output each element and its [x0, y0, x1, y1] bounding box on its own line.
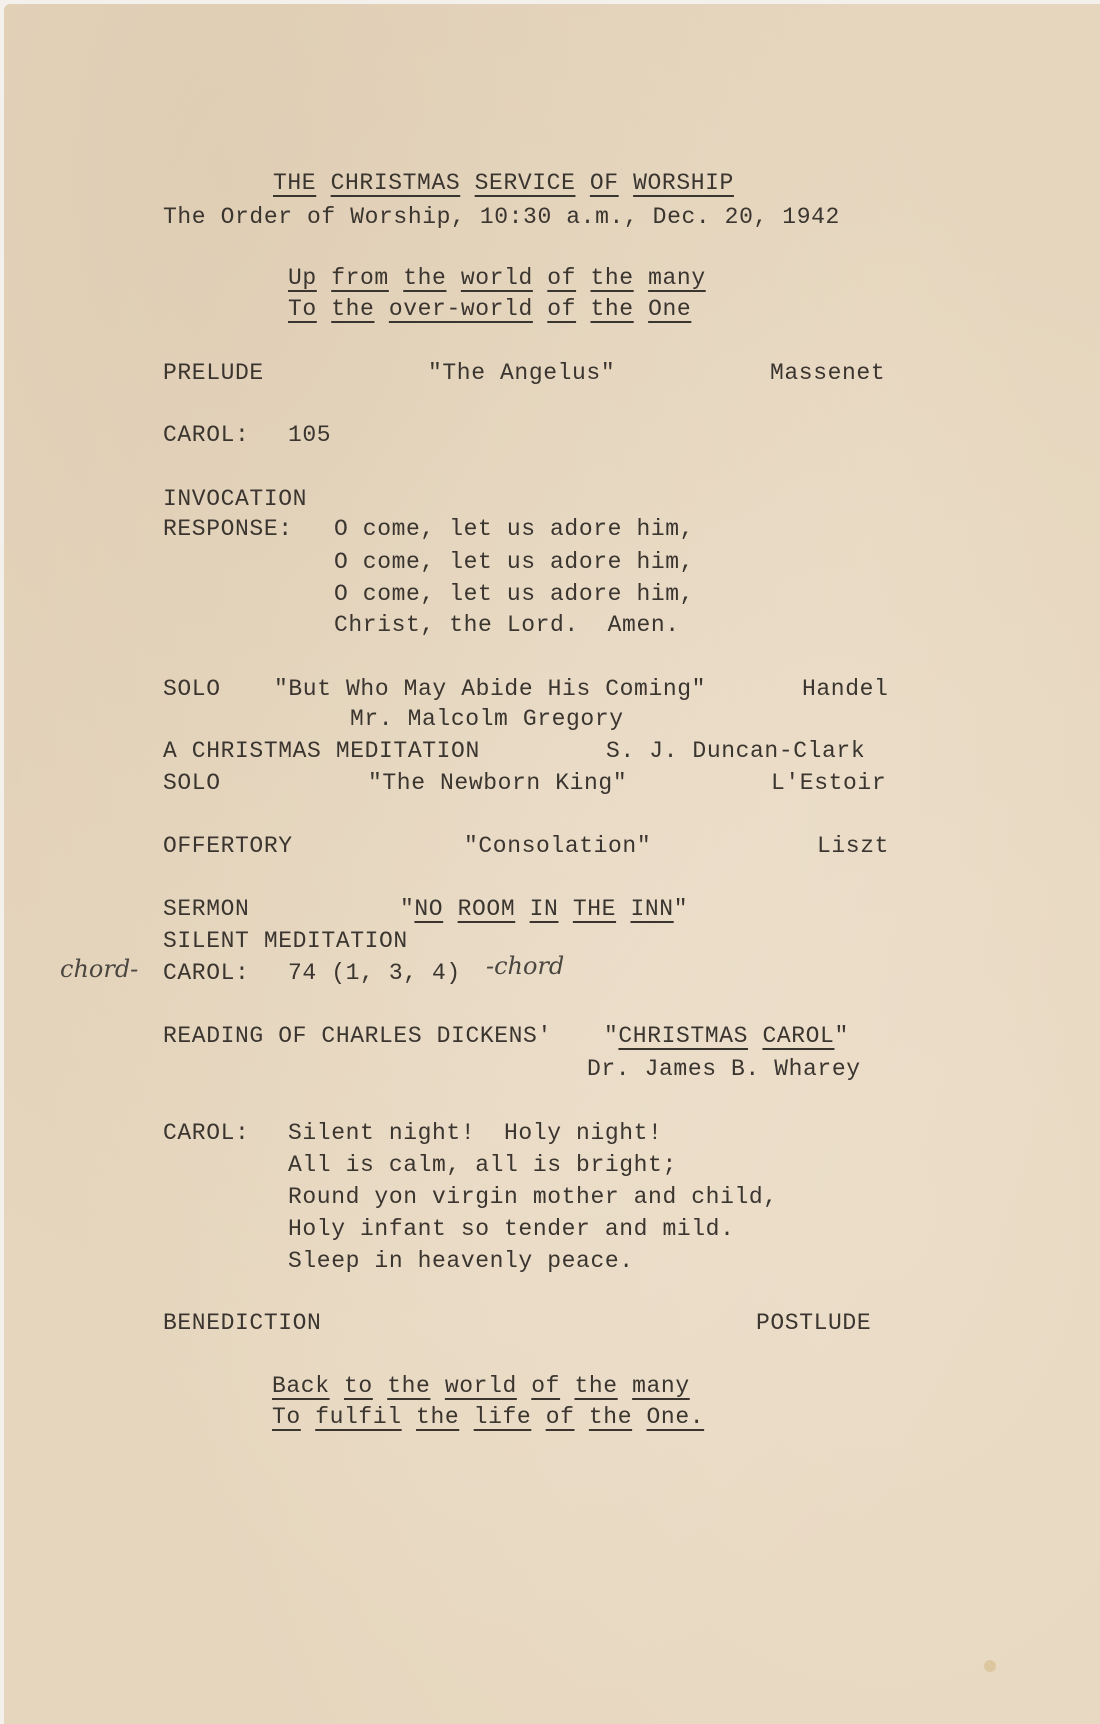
sermon-label: SERMON [163, 898, 249, 921]
underlined-word: world [445, 1373, 517, 1399]
motto-closing-line-2: To fulfil the life of the One. [272, 1406, 704, 1429]
underlined-word: of [547, 265, 576, 291]
solo-1-composer: Handel [802, 678, 888, 701]
underlined-word: To [288, 296, 317, 322]
paper-stain [984, 1660, 996, 1672]
underlined-word: from [331, 265, 389, 291]
reading-title: "CHRISTMAS CAROL" [604, 1025, 849, 1048]
solo-1-performer: Mr. Malcolm Gregory [350, 708, 624, 731]
response-label: RESPONSE: [163, 518, 293, 541]
response-line: O come, let us adore him, [334, 583, 694, 606]
response-line: Christ, the Lord. Amen. [334, 614, 680, 637]
underlined-word: the [591, 265, 634, 291]
underlined-word: CAROL [762, 1023, 834, 1049]
underlined-word: life [474, 1404, 532, 1430]
underlined-word: SERVICE [475, 170, 576, 196]
motto-closing-line-1: Back to the world of the many [272, 1375, 690, 1398]
underlined-word: the [331, 296, 374, 322]
silent-meditation-label: SILENT MEDITATION [163, 930, 408, 953]
service-subtitle: The Order of Worship, 10:30 a.m., Dec. 2… [163, 206, 840, 229]
prelude-composer: Massenet [770, 362, 885, 385]
underlined-word: INN [630, 896, 673, 922]
solo-2-label: SOLO [163, 772, 221, 795]
underlined-word: the [591, 296, 634, 322]
underlined-word: CHRISTMAS [618, 1023, 748, 1049]
underlined-word: the [589, 1404, 632, 1430]
benediction-label: BENEDICTION [163, 1312, 321, 1335]
response-line: O come, let us adore him, [334, 551, 694, 574]
motto-opening-line-1: Up from the world of the many [288, 267, 706, 290]
solo-2-title: "The Newborn King" [368, 772, 627, 795]
meditation-label: A CHRISTMAS MEDITATION [163, 740, 480, 763]
carol-1-label: CAROL: [163, 424, 249, 447]
underlined-word: OF [590, 170, 619, 196]
carol-3-line: Sleep in heavenly peace. [288, 1250, 634, 1273]
underlined-word: THE [573, 896, 616, 922]
carol-3-line: Holy infant so tender and mild. [288, 1218, 734, 1241]
underlined-word: many [648, 265, 706, 291]
underlined-word: Back [272, 1373, 330, 1399]
underlined-word: over-world [389, 296, 533, 322]
carol-3-line: Silent night! Holy night! [288, 1122, 662, 1145]
underlined-word: of [547, 296, 576, 322]
underlined-word: the [575, 1373, 618, 1399]
invocation-label: INVOCATION [163, 488, 307, 511]
underlined-word: Up [288, 265, 317, 291]
underlined-word: of [546, 1404, 575, 1430]
underlined-word: world [461, 265, 533, 291]
underlined-word: the [403, 265, 446, 291]
prelude-title: "The Angelus" [428, 362, 615, 385]
underlined-word: ROOM [458, 896, 516, 922]
underlined-word: of [531, 1373, 560, 1399]
underlined-word: THE [273, 170, 316, 196]
motto-opening-line-2: To the over-world of the One [288, 298, 691, 321]
postlude-label: POSTLUDE [756, 1312, 871, 1335]
offertory-label: OFFERTORY [163, 835, 293, 858]
handwritten-note-right: -chord [486, 952, 564, 980]
program-sheet [4, 4, 1100, 1724]
prelude-label: PRELUDE [163, 362, 264, 385]
carol-2-details: 74 (1, 3, 4) [288, 962, 461, 985]
solo-2-composer: L'Estoir [771, 772, 886, 795]
service-title: THE CHRISTMAS SERVICE OF WORSHIP [273, 172, 734, 195]
solo-1-title: "But Who May Abide His Coming" [274, 678, 706, 701]
carol-3-label: CAROL: [163, 1122, 249, 1145]
underlined-word: To [272, 1404, 301, 1430]
reading-reader: Dr. James B. Wharey [587, 1058, 861, 1081]
carol-3-line: Round yon virgin mother and child, [288, 1186, 778, 1209]
offertory-title: "Consolation" [464, 835, 651, 858]
handwritten-note-left: chord- [60, 955, 138, 983]
carol-2-label: CAROL: [163, 962, 249, 985]
sermon-title: "NO ROOM IN THE INN" [400, 898, 688, 921]
underlined-word: One. [647, 1404, 705, 1430]
underlined-word: NO [414, 896, 443, 922]
underlined-word: fulfil [315, 1404, 401, 1430]
response-line: O come, let us adore him, [334, 518, 694, 541]
underlined-word: WORSHIP [633, 170, 734, 196]
carol-1-number: 105 [288, 424, 331, 447]
meditation-author: S. J. Duncan-Clark [606, 740, 865, 763]
underlined-word: One [648, 296, 691, 322]
reading-label: READING OF CHARLES DICKENS' [163, 1025, 552, 1048]
underlined-word: to [344, 1373, 373, 1399]
underlined-word: the [416, 1404, 459, 1430]
underlined-word: many [632, 1373, 690, 1399]
offertory-composer: Liszt [817, 835, 889, 858]
underlined-word: IN [530, 896, 559, 922]
carol-3-line: All is calm, all is bright; [288, 1154, 677, 1177]
underlined-word: the [387, 1373, 430, 1399]
solo-1-label: SOLO [163, 678, 221, 701]
underlined-word: CHRISTMAS [331, 170, 461, 196]
